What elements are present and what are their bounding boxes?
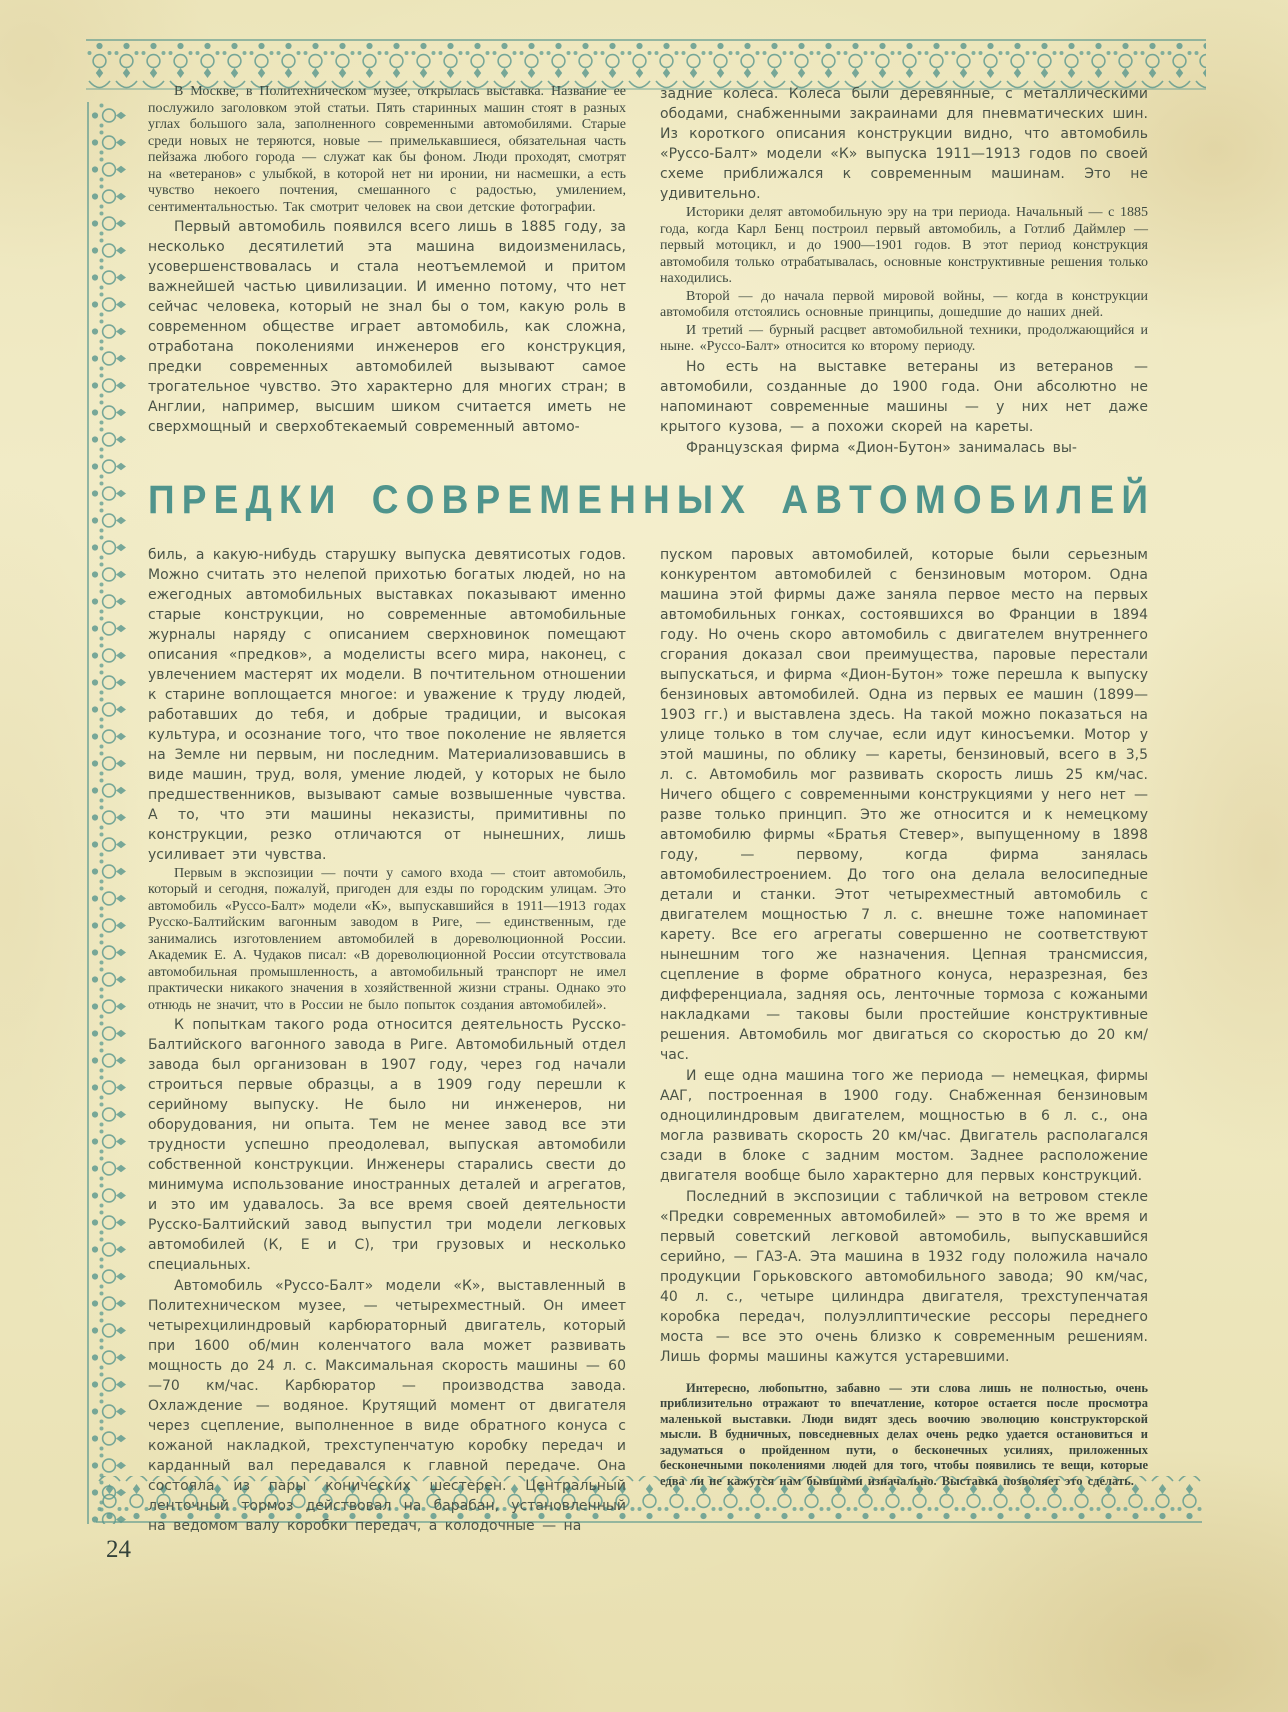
intro-section: В Москве, в Политехническом музее, откры… bbox=[148, 84, 1148, 459]
title-letter: Т bbox=[849, 477, 872, 522]
title-letter: Л bbox=[1056, 477, 1082, 522]
paragraph: И третий — бурный расцвет автомобильной … bbox=[660, 323, 1148, 356]
title-letter: Х bbox=[720, 477, 745, 522]
paragraph: В Москве, в Политехническом музее, откры… bbox=[148, 84, 626, 216]
title-letter: П bbox=[148, 477, 175, 522]
paragraph: К попыткам такого рода относится деятель… bbox=[148, 1015, 626, 1275]
article-title: ПРЕДКИСОВРЕМЕННЫХАВТОМОБИЛЕЙ bbox=[148, 473, 1148, 527]
article-content: В Москве, в Политехническом музее, откры… bbox=[148, 84, 1148, 1537]
paragraph: биль, а какую-нибудь старушку выпуска де… bbox=[148, 545, 626, 865]
title-letter: К bbox=[279, 477, 302, 522]
title-letter: О bbox=[406, 477, 435, 522]
title-letter: Р bbox=[182, 477, 207, 522]
left-column-top: В Москве, в Политехническом музее, откры… bbox=[148, 84, 626, 459]
paragraph: Первым в экспозиции — почти у самого вхо… bbox=[148, 866, 626, 1015]
title-letter: Е bbox=[214, 477, 239, 522]
title-letter: И bbox=[309, 477, 336, 522]
paragraph: Первый автомобиль появился всего лишь в … bbox=[148, 217, 626, 437]
paragraph: Историки делят автомобильную эру на три … bbox=[660, 205, 1148, 288]
paragraph: Последний в экспозиции с табличкой на ве… bbox=[660, 1187, 1148, 1367]
paragraph: Но есть на выставке ветераны из ветерано… bbox=[660, 357, 1148, 437]
magazine-page: В Москве, в Политехническом музее, откры… bbox=[0, 0, 1288, 1712]
right-column-top: задние колеса. Колеса были деревянные, с… bbox=[660, 84, 1148, 459]
title-letter: О bbox=[879, 477, 908, 522]
title-letter: Д bbox=[245, 477, 271, 522]
title-letter: Б bbox=[989, 477, 1016, 522]
paragraph: задние колеса. Колеса были деревянные, с… bbox=[660, 84, 1148, 204]
title-letter: В bbox=[815, 477, 842, 522]
paragraph: Второй — до начала первой мировой войны,… bbox=[660, 289, 1148, 322]
title-letter: С bbox=[372, 477, 399, 522]
title-letter: В bbox=[442, 477, 469, 522]
title-letter: Р bbox=[475, 477, 500, 522]
title-letter: Ы bbox=[677, 477, 713, 522]
paragraph: Французская фирма «Дион-Бутон» занималас… bbox=[660, 438, 1148, 458]
title-letter: Н bbox=[643, 477, 670, 522]
body-section: биль, а какую-нибудь старушку выпуска де… bbox=[148, 545, 1148, 1538]
title-letter: М bbox=[539, 477, 570, 522]
title-letter: Н bbox=[609, 477, 636, 522]
title-letter: И bbox=[1023, 477, 1050, 522]
title-letter: М bbox=[915, 477, 946, 522]
ornament-border-left bbox=[84, 102, 130, 1524]
page-number: 24 bbox=[106, 1536, 131, 1564]
title-letter: Й bbox=[1121, 477, 1148, 522]
paragraph: пуском паровых автомобилей, которые были… bbox=[660, 545, 1148, 1065]
title-letter: Е bbox=[577, 477, 602, 522]
title-letter: Е bbox=[507, 477, 532, 522]
paragraph: И еще одна машина того же периода — неме… bbox=[660, 1066, 1148, 1186]
title-letter: О bbox=[953, 477, 982, 522]
paragraph: Интересно, любопытно, забавно — эти слов… bbox=[660, 1381, 1148, 1490]
paragraph: Автомобиль «Руссо-Балт» модели «К», выст… bbox=[148, 1276, 626, 1536]
title-letter: Е bbox=[1089, 477, 1114, 522]
left-column-bottom: биль, а какую-нибудь старушку выпуска де… bbox=[148, 545, 626, 1538]
title-letter: А bbox=[781, 477, 808, 522]
right-column-bottom: пуском паровых автомобилей, которые были… bbox=[660, 545, 1148, 1538]
